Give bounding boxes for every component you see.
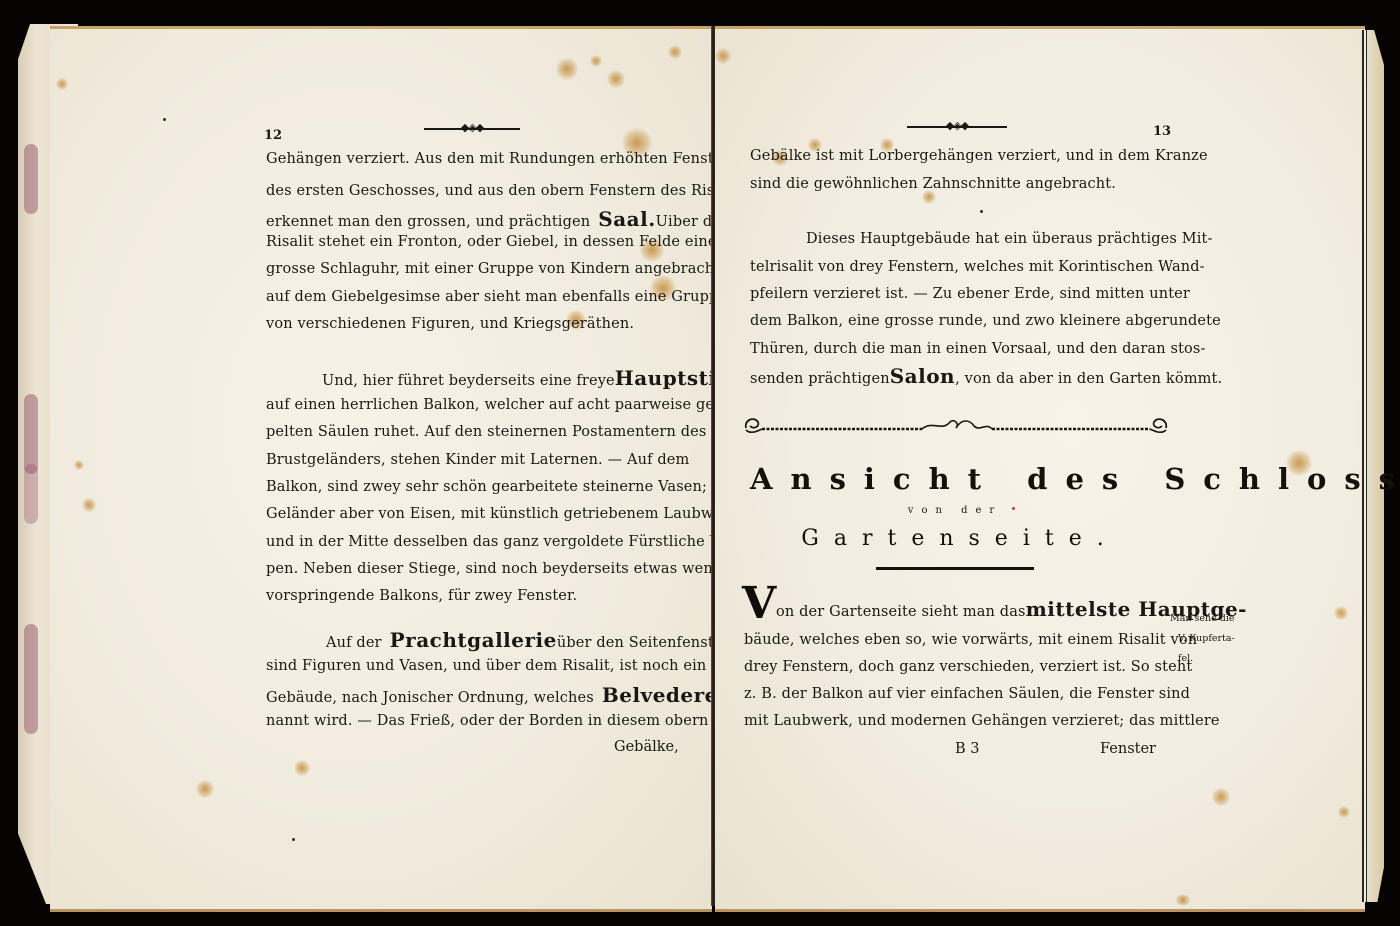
text-line: pen. Neben dieser Stiege, sind noch beyd… — [266, 561, 686, 577]
section-title: Ansicht des Schlosses — [750, 462, 1160, 496]
speck — [980, 210, 983, 213]
foxing-spot — [82, 498, 96, 512]
section-subtitle: Gartenseite. — [780, 526, 1140, 551]
marginal-note-line: fel. — [1170, 649, 1235, 669]
text-line: grosse Schlaguhr, mit einer Gruppe von K… — [266, 261, 686, 277]
foxing-spot — [715, 48, 731, 64]
text-line: sind Figuren und Vasen, und über dem Ris… — [266, 658, 686, 674]
marginal-note-line: V. Kupferta- — [1170, 629, 1235, 649]
text-line: bäude, welches eben so, wie vorwärts, mi… — [744, 632, 1166, 648]
foxing-spot — [294, 760, 310, 776]
emphasized-word: Prachtgallerie — [390, 628, 557, 652]
ink-stain — [24, 624, 38, 734]
text-line: drey Fenstern, doch ganz verschieden, ve… — [744, 659, 1166, 675]
text-line: Gebäude, nach Jonischer Ordnung, welches… — [266, 683, 686, 707]
headband-ornament-left: ◆◈◆ — [424, 126, 520, 131]
text-line: on der Gartenseite sieht man das mittels… — [776, 597, 1166, 621]
text-line: auf einen herrlichen Balkon, welcher auf… — [266, 397, 686, 413]
text-line: und in der Mitte desselben das ganz verg… — [266, 534, 686, 550]
text-span: erkennet man den grossen, und prächtigen — [266, 214, 590, 230]
text-line: senden prächtigen Salon , von da aber in… — [750, 364, 1166, 388]
foxing-spot — [1212, 788, 1230, 806]
foxing-spot — [556, 58, 578, 80]
catchword-left: Gebälke, — [614, 739, 679, 755]
text-line: auf dem Giebelgesimse aber sieht man ebe… — [266, 289, 686, 305]
text-line: vorspringende Balkons, für zwey Fenster. — [266, 588, 577, 604]
speck — [163, 118, 166, 121]
signature-mark: B 3 — [955, 741, 980, 757]
drop-cap: V — [742, 582, 776, 626]
text-line: pfeilern verzieret ist. — Zu ebener Erde… — [750, 286, 1166, 302]
text-span: Auf der — [326, 635, 382, 651]
open-book-spread: 12 ◆◈◆ Gehängen verziert. Aus den mit Ru… — [0, 0, 1400, 926]
text-line: von verschiedenen Figuren, und Kriegsger… — [266, 316, 634, 332]
page-number-right: 13 — [1153, 124, 1171, 139]
foxing-spot — [196, 780, 214, 798]
knot-ornament-icon: ◆◈◆ — [946, 121, 968, 131]
page-number-left: 12 — [264, 128, 282, 143]
ink-stain — [24, 464, 38, 524]
foxing-spot — [590, 55, 602, 67]
text-line: sind die gewöhnlichen Zahnschnitte angeb… — [750, 176, 1116, 192]
text-line: Auf der Prachtgallerie über den Seitenfe… — [326, 628, 686, 652]
text-line: Balkon, sind zwey sehr schön gearbeitete… — [266, 479, 686, 495]
foxing-spot — [607, 70, 625, 88]
text-line: erkennet man den grossen, und prächtigen… — [266, 207, 686, 231]
headband-ornament-right: ◆◈◆ — [907, 124, 1007, 129]
title-underline-rule — [876, 567, 1034, 570]
text-line: nannt wird. — Das Frieß, oder der Borden… — [266, 713, 686, 729]
text-line: Dieses Hauptgebäude hat ein überaus präc… — [806, 231, 1166, 247]
emphasized-word: Belvedere — [602, 683, 718, 707]
ink-stain — [24, 144, 38, 214]
text-line: pelten Säulen ruhet. Auf den steinernen … — [266, 424, 686, 440]
foxing-spot — [74, 460, 84, 470]
text-span: Und, hier führet beyderseits eine freye — [322, 373, 615, 389]
text-line: Brustgeländers, stehen Kinder mit Latern… — [266, 452, 686, 468]
section-title-connector: von der — [750, 505, 1160, 516]
marginal-note-line: Man sehe die — [1170, 609, 1235, 629]
text-line: Gebälke ist mit Lorbergehängen verziert,… — [750, 148, 1166, 164]
text-line: des ersten Geschosses, und aus den obern… — [266, 183, 686, 199]
text-span: Gebäude, nach Jonischer Ordnung, welches — [266, 690, 594, 706]
knot-ornament-icon: ◆◈◆ — [461, 123, 483, 133]
text-span: on der Gartenseite sieht man das — [776, 604, 1026, 620]
text-line: Geländer aber von Eisen, mit künstlich g… — [266, 506, 686, 522]
foxing-spot — [1338, 806, 1350, 818]
text-line: Gehängen verziert. Aus den mit Rundungen… — [266, 151, 686, 167]
marginal-note: Man sehe die V. Kupferta- fel. — [1170, 609, 1235, 669]
foxing-spot — [56, 78, 68, 90]
text-span: senden prächtigen — [750, 371, 890, 387]
speck — [292, 838, 295, 841]
foxing-spot — [1174, 895, 1192, 905]
text-line: z. B. der Balkon auf vier einfachen Säul… — [744, 686, 1166, 702]
catchword-right: Fenster — [1100, 741, 1156, 757]
emphasized-word: Salon — [890, 364, 955, 388]
text-span: , von da aber in den Garten kömmt. — [955, 371, 1222, 387]
foxing-spot — [922, 190, 936, 204]
foxing-spot — [1334, 606, 1348, 620]
text-line: Risalit stehet ein Fronton, oder Giebel,… — [266, 234, 686, 250]
text-line: mit Laubwerk, und modernen Gehängen verz… — [744, 713, 1166, 729]
emphasized-word: Saal. — [598, 207, 655, 231]
text-line: dem Balkon, eine grosse runde, und zwo k… — [750, 313, 1166, 329]
foxing-spot — [668, 45, 682, 59]
ink-stain — [24, 394, 38, 474]
text-line: Thüren, durch die man in einen Vorsaal, … — [750, 341, 1166, 357]
text-line: Und, hier führet beyderseits eine freye … — [322, 366, 686, 390]
scroll-ornament-icon — [742, 414, 1170, 436]
text-line: telrisalit von drey Fenstern, welches mi… — [750, 259, 1166, 275]
decorative-border-ornament — [742, 414, 1170, 436]
